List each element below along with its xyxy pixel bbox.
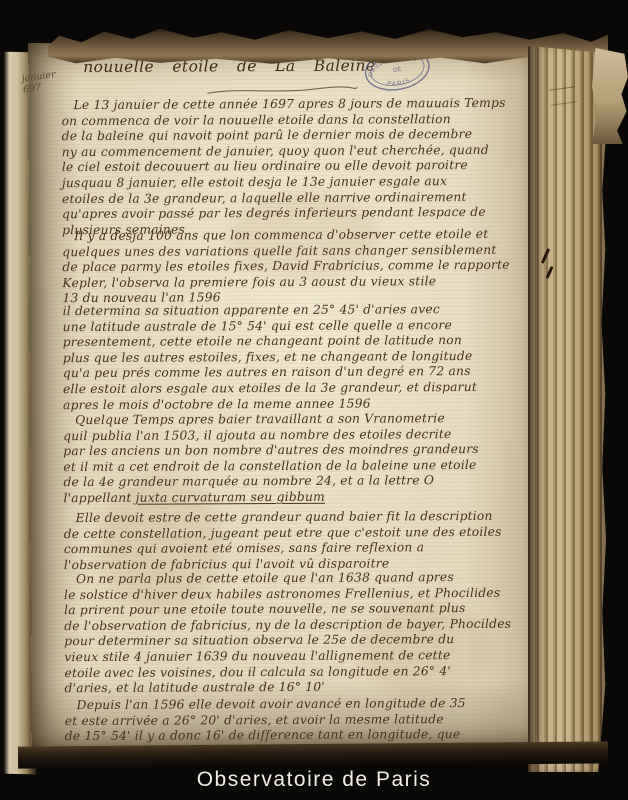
paragraph-2: Il y a desja 100 ans que lon commenca d'… <box>62 227 532 307</box>
fore-edge-ink-mark <box>545 266 553 279</box>
fore-edge-ink-mark <box>541 248 550 264</box>
paragraph-6: Elle devoit estre de cette grandeur quan… <box>64 509 534 574</box>
paragraph-3: il determina sa situation apparente en 2… <box>63 302 534 414</box>
latin-phrase-underlined: juxta curvaturam seu gibbum <box>136 490 325 505</box>
paragraph-4: Quelque Temps apres baier travaillant a … <box>63 411 533 491</box>
photo-caption: Observatoire de Paris <box>0 768 628 792</box>
stamp-text-middle: DE <box>393 67 402 74</box>
paragraph-7: On ne parla plus de cette etoile que l'a… <box>64 570 535 697</box>
paragraph-1: Le 13 januier de cette année 1697 apres … <box>61 96 532 239</box>
manuscript-page: januier 697 Retour de la nouuelle etoile… <box>28 41 537 754</box>
corner-tatter <box>592 48 628 144</box>
book-bottom-edge <box>18 741 608 768</box>
paragraph-5-latin-line: l'appellant juxta curvaturam seu gibbum <box>63 489 533 507</box>
paragraph-8: Depuis l'an 1596 elle devoit avoir avanc… <box>65 696 535 745</box>
title-underline-flourish <box>206 86 358 97</box>
margin-date-note: januier 697 <box>21 69 58 95</box>
fore-edge-scribble <box>549 86 577 105</box>
book-fore-edge <box>528 46 606 772</box>
manuscript-photo: januier 697 Retour de la nouuelle etoile… <box>0 0 628 800</box>
latin-prefix: l'appellant <box>63 491 135 505</box>
